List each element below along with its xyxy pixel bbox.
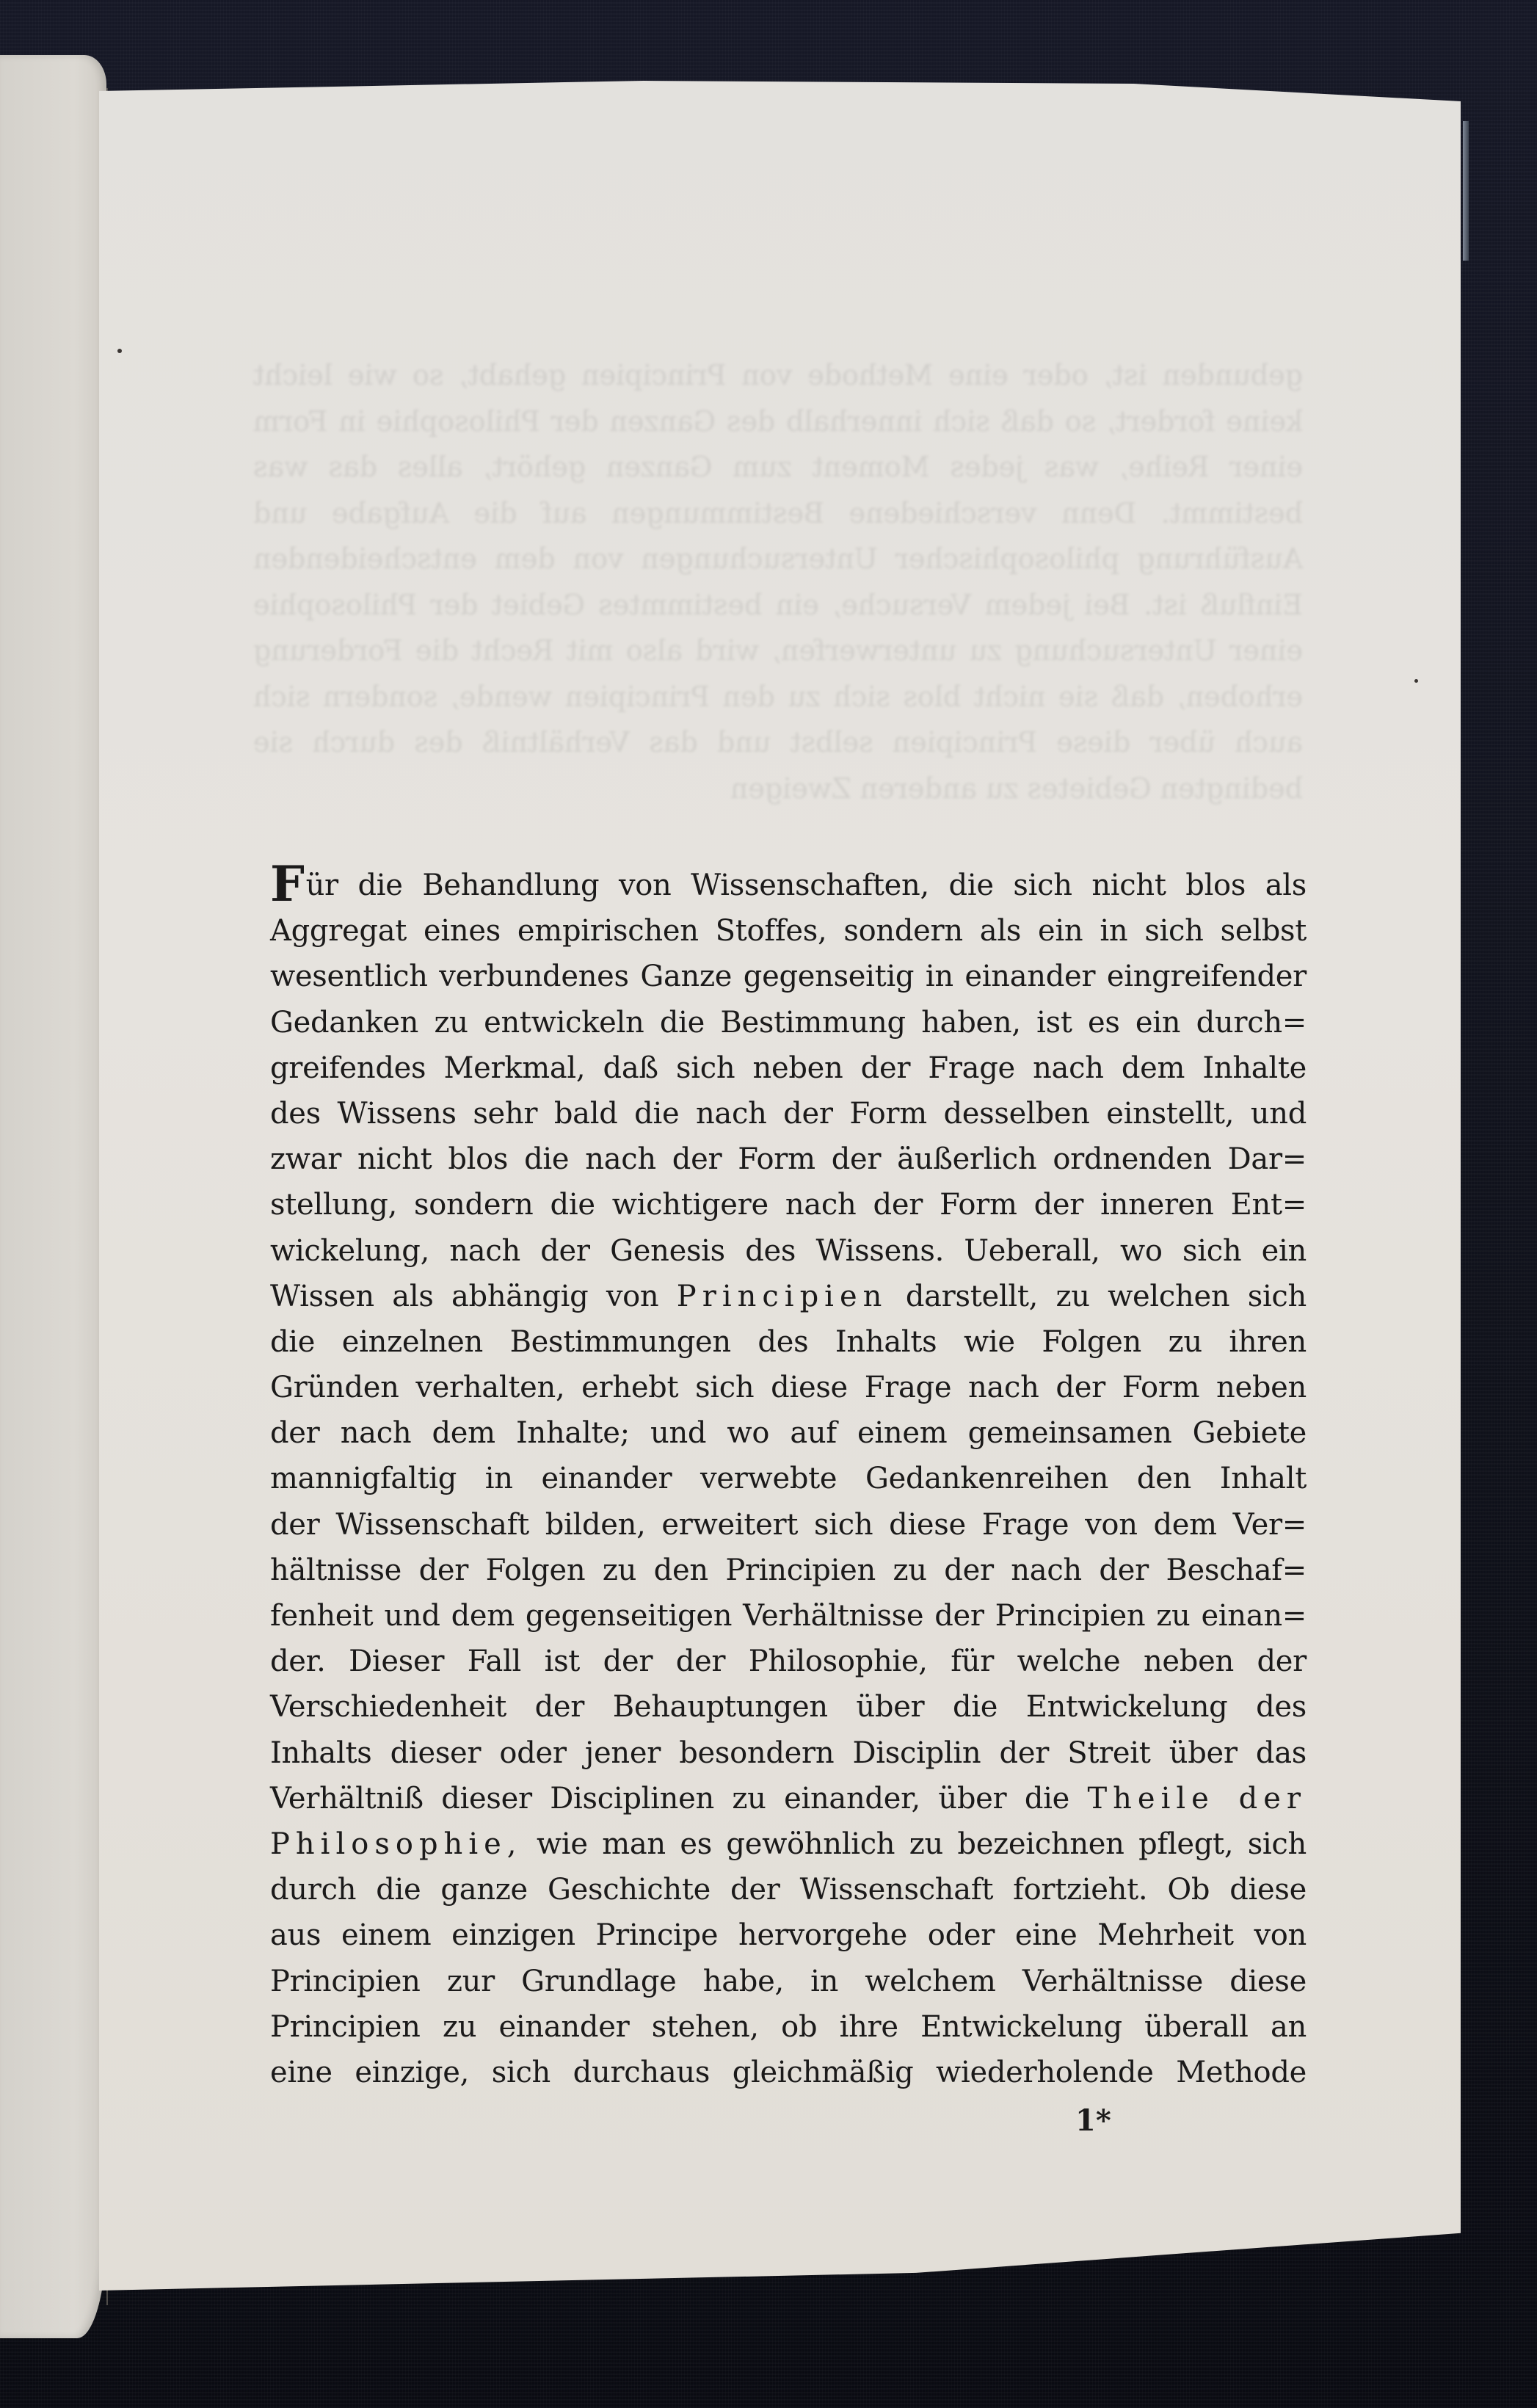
text-line: Verschiedenheit der Behauptungen über di… bbox=[270, 1684, 1307, 1730]
ink-speck bbox=[1414, 679, 1418, 683]
text-line: die einzelnen Bestimmungen des Inhalts w… bbox=[270, 1319, 1307, 1365]
text-line: der nach dem Inhalte; und wo auf einem g… bbox=[270, 1410, 1307, 1456]
emphasized-word: Principien bbox=[677, 1280, 888, 1313]
text-line: Principien zu einander stehen, ob ihre E… bbox=[270, 2004, 1307, 2050]
text-line: Für die Behandlung von Wissenschaften, d… bbox=[270, 863, 1307, 908]
text-line: mannigfaltig in einander verwebte Gedank… bbox=[270, 1456, 1307, 1501]
text-line: Principien zur Grundlage habe, in welche… bbox=[270, 1959, 1307, 2004]
text-line: der. Dieser Fall ist der der Philosophie… bbox=[270, 1639, 1307, 1684]
text-line: Wissen als abhängig von Principien darst… bbox=[270, 1274, 1307, 1319]
text-line: Verhältniß dieser Disciplinen zu einande… bbox=[270, 1776, 1307, 1821]
text-line: wickelung, nach der Genesis des Wissens.… bbox=[270, 1228, 1307, 1274]
text-line: fenheit und dem gegenseitigen Verhältnis… bbox=[270, 1593, 1307, 1639]
body-paragraph: Für die Behandlung von Wissenschaften, d… bbox=[270, 863, 1307, 2095]
drop-cap: F bbox=[270, 855, 305, 913]
text-line: des Wissens sehr bald die nach der Form … bbox=[270, 1091, 1307, 1136]
text-line: der Wissenschaft bilden, erweitert sich … bbox=[270, 1502, 1307, 1548]
emphasized-word: Philosophie, bbox=[270, 1827, 523, 1861]
text-line: Aggregat eines empirischen Stoffes, sond… bbox=[270, 908, 1307, 954]
text-line: Philosophie, wie man es gewöhnlich zu be… bbox=[270, 1821, 1307, 1867]
text-line: wesentlich verbundenes Ganze gegenseitig… bbox=[270, 954, 1307, 999]
ink-speck bbox=[117, 349, 122, 353]
text-line: Gedanken zu entwickeln die Bestimmung ha… bbox=[270, 1000, 1307, 1045]
text-line: stellung, sondern die wichtigere nach de… bbox=[270, 1182, 1307, 1227]
text-line: Gründen verhalten, erhebt sich diese Fra… bbox=[270, 1365, 1307, 1410]
signature-mark: 1* bbox=[1075, 2103, 1111, 2138]
text-line: aus einem einzigen Principe hervorgehe o… bbox=[270, 1912, 1307, 1958]
text-line: Inhalts dieser oder jener besondern Disc… bbox=[270, 1730, 1307, 1776]
text-line: eine einzige, sich durchaus gleichmäßig … bbox=[270, 2050, 1307, 2095]
text-line: greifendes Merkmal, daß sich neben der F… bbox=[270, 1045, 1307, 1091]
left-page-edge bbox=[0, 55, 106, 2338]
page-edge-strip bbox=[1463, 121, 1469, 261]
text-line: hältnisse der Folgen zu den Principien z… bbox=[270, 1548, 1307, 1593]
text-line: durch die ganze Geschichte der Wissensch… bbox=[270, 1867, 1307, 1912]
text-line: zwar nicht blos die nach der Form der äu… bbox=[270, 1136, 1307, 1182]
emphasized-word: Theile der bbox=[1087, 1782, 1307, 1816]
